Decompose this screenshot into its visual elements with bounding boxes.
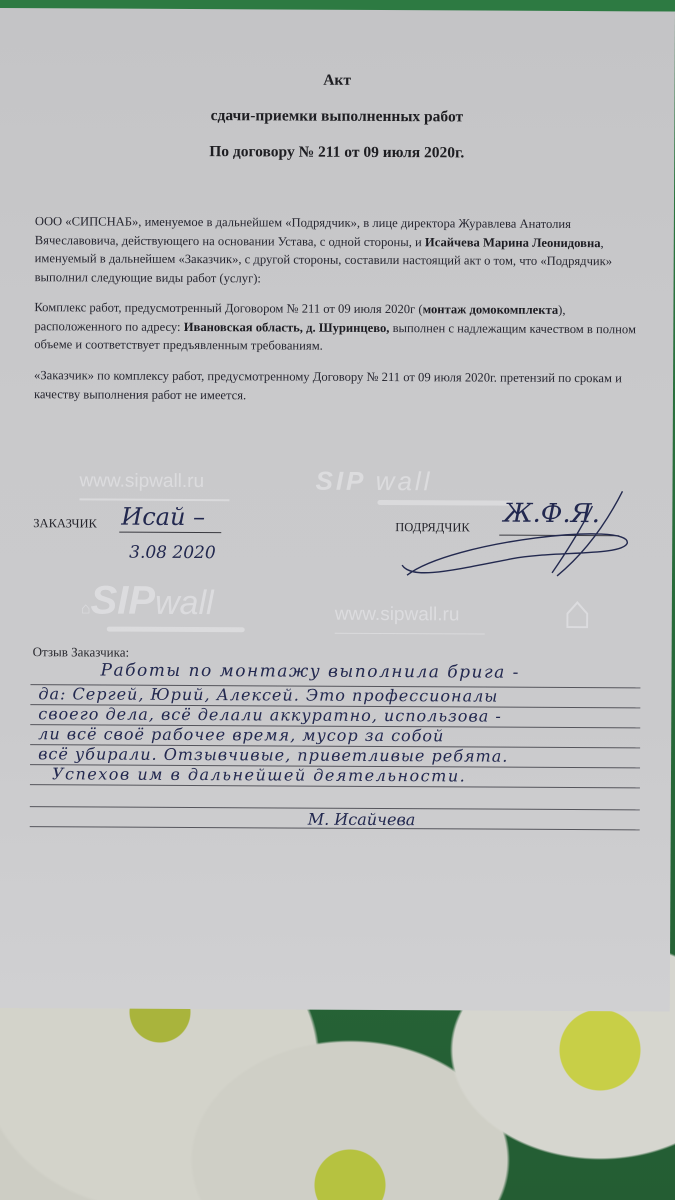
review-signature: М. Исайчева <box>308 810 416 830</box>
customer-signature-date: 3.08 2020 <box>129 543 216 563</box>
watermark-logo2-wall: wall <box>155 584 214 622</box>
customer-signature: Исай – <box>121 503 205 531</box>
works-paragraph: Комплекс работ, предусмотренный Договоро… <box>34 298 644 357</box>
watermark-logo-sip: SIP <box>315 466 365 496</box>
review-line-3: своего дела, всё делали аккуратно, испол… <box>38 704 502 725</box>
work-type: монтаж домокомплекта <box>423 302 559 317</box>
watermark-url-bottom: www.sipwall.ru <box>335 604 460 627</box>
contractor-signature-flourish <box>392 480 643 581</box>
watermark-logo-bar-bottom <box>107 627 245 633</box>
watermark-url-top: www.sipwall.ru <box>79 470 204 493</box>
watermark-underline-top <box>79 498 229 501</box>
watermark-underline-bottom <box>335 633 485 635</box>
customer-name: Исайчева Марина Леонидовна <box>425 235 601 250</box>
watermark-house-icon: ⌂ <box>563 585 592 640</box>
contract-reference: По договору № 211 от 09 июля 2020г. <box>0 142 674 164</box>
works-text-1: Комплекс работ, предусмотренный Договоро… <box>34 300 422 316</box>
review-line-5: всё убирали. Отзывчивые, приветливые реб… <box>38 744 508 765</box>
document-title: Акт <box>0 70 675 92</box>
parties-paragraph: ООО «СИПСНАБ», именуемое в дальнейшем «П… <box>35 212 645 290</box>
review-line-2: да: Сергей, Юрий, Алексей. Это профессио… <box>38 684 498 705</box>
work-address: Ивановская область, д. Шуринцево, <box>184 320 390 335</box>
review-rule-6 <box>30 784 640 788</box>
review-line-6: Успехов им в дальнейшей деятельности. <box>52 764 466 785</box>
watermark-logo2-sip: SIP <box>90 578 155 622</box>
house-icon: ⌂ <box>81 600 91 617</box>
act-document-sheet: Акт сдачи-приемки выполненных работ По д… <box>0 8 675 1012</box>
no-claims-paragraph: «Заказчик» по комплексу работ, предусмот… <box>34 366 644 406</box>
customer-signature-line <box>119 532 221 534</box>
review-line-4: ли всё своё рабочее время, мусор за собо… <box>38 724 444 745</box>
review-line-1: Работы по монтажу выполнила брига - <box>100 661 519 683</box>
document-subtitle: сдачи-приемки выполненных работ <box>0 106 674 128</box>
customer-label: ЗАКАЗЧИК <box>33 516 97 531</box>
review-label: Отзыв Заказчика: <box>33 644 130 661</box>
watermark-logo-bottom: ⌂SIPwall <box>81 578 214 624</box>
